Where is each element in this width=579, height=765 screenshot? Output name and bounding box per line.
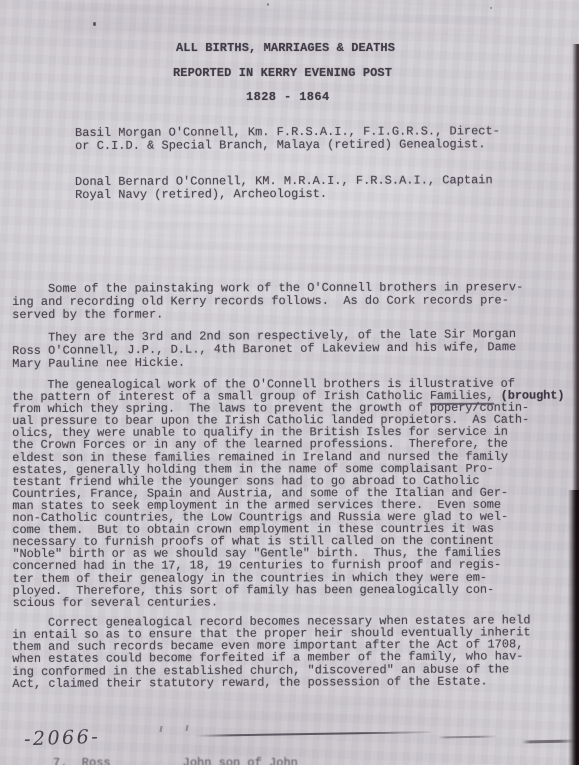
cutoff-next-page-line: 7. Ross John son of John [53, 757, 298, 765]
ink-speck [490, 7, 492, 9]
author-credit-basil-oconnell: Basil Morgan O'Connell, Km. F.R.S.A.I., … [75, 125, 500, 153]
document-title-line-1: ALL BIRTHS, MARRIAGES & DEATHS [176, 41, 395, 55]
handwritten-page-number: -2066- [24, 726, 101, 751]
bleedthrough-smudge [150, 212, 450, 270]
author-credit-donal-oconnell: Donal Bernard O'Connell, KM. M.R.A.I., F… [75, 174, 493, 202]
bleedthrough-smudge [60, 4, 500, 32]
ink-speck [267, 3, 269, 6]
pencil-tick-mark [159, 726, 162, 732]
pencil-line [196, 731, 431, 737]
pencil-tick-mark [185, 725, 188, 731]
paragraph-segment: from which they spring. The laws to prev… [12, 389, 564, 610]
paragraph-genealogical-background: The genealogical work of the O'Connell b… [12, 378, 565, 609]
pencil-line [438, 735, 496, 738]
ink-speck [93, 22, 96, 26]
paragraph-entail-records: Correct genealogical record becomes nece… [12, 614, 531, 690]
document-title-years: 1828 - 1864 [246, 90, 330, 104]
page-edge-shadow-dark [568, 490, 579, 765]
bleedthrough-smudge [60, 698, 440, 718]
paragraph-intro: Some of the painstaking work of the O'Co… [12, 281, 523, 322]
document-title-line-2: REPORTED IN KERRY EVENING POST [173, 66, 392, 80]
paragraph-parentage: They are the 3rd and 2nd son respectivel… [12, 328, 516, 371]
scanned-document-page: ALL BIRTHS, MARRIAGES & DEATHS REPORTED … [0, 0, 579, 765]
